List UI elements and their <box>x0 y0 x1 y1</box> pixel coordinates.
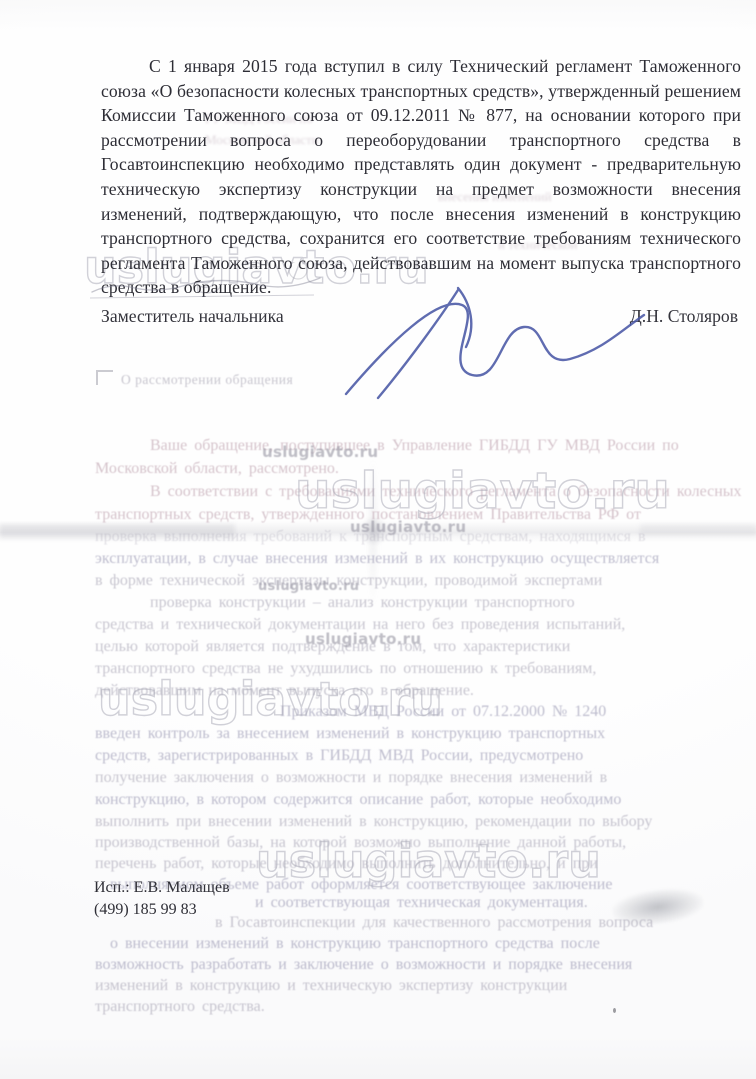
fold-crease-shadow-right <box>640 524 756 536</box>
watermark-large: uslugiavto.ru <box>295 462 670 520</box>
ghost-line: транспортного средства. <box>95 997 265 1016</box>
executor-block: Исп.: Е.В. Малащев (499) 185 99 83 <box>94 877 230 920</box>
ghost-line: и соответствующая техническая документац… <box>255 893 588 912</box>
signature-title: Заместитель начальника <box>101 306 284 327</box>
executor-name: Исп.: Е.В. Малащев <box>94 877 230 899</box>
subject-line-faint: О рассмотрении обращения <box>121 372 293 388</box>
ghost-line: выполнить при внесении изменений в конст… <box>95 812 652 831</box>
watermark-large: uslugiavto.ru <box>256 834 601 888</box>
ghost-line: изменений в конструкцию и техническую эк… <box>95 976 567 995</box>
ink-speck <box>613 1008 616 1013</box>
ghost-line: о внесении изменений в конструкцию транс… <box>110 934 600 953</box>
watermark-small: uslugiavto.ru <box>262 443 378 461</box>
ghost-line: в Госавтоинспекции для качественного рас… <box>215 913 653 932</box>
pencil-registration-note <box>86 262 336 302</box>
ghost-line: конструкцию, в котором содержится описан… <box>95 790 621 809</box>
ghost-line: эксплуатации, в случае внесения изменени… <box>95 549 659 568</box>
executor-phone: (499) 185 99 83 <box>94 899 230 921</box>
ghost-line: проверка конструкции – анализ конструкци… <box>150 593 575 612</box>
watermark-small: uslugiavto.ru <box>258 579 359 594</box>
ghost-line: получение заключения о возможности и пор… <box>95 768 607 787</box>
scanned-letter-page: ГУ МВД России по Московской области внес… <box>0 0 756 1079</box>
ghost-line: Ваше обращение, поступившее в Управление… <box>150 436 679 455</box>
watermark-large: uslugiavto.ru <box>98 672 443 726</box>
watermark-small: uslugiavto.ru <box>305 630 421 648</box>
ghost-line: средств, зарегистрированных в ГИБДД МВД … <box>95 746 583 765</box>
ghost-line: введен контроль за внесением изменений в… <box>95 724 605 743</box>
handwritten-signature <box>338 280 650 400</box>
smudge-stamp-remnant <box>610 885 705 930</box>
ghost-line: возможность разработать и заключение о в… <box>95 955 632 974</box>
watermark-small: uslugiavto.ru <box>350 518 466 536</box>
corner-bracket-mark <box>96 370 113 385</box>
